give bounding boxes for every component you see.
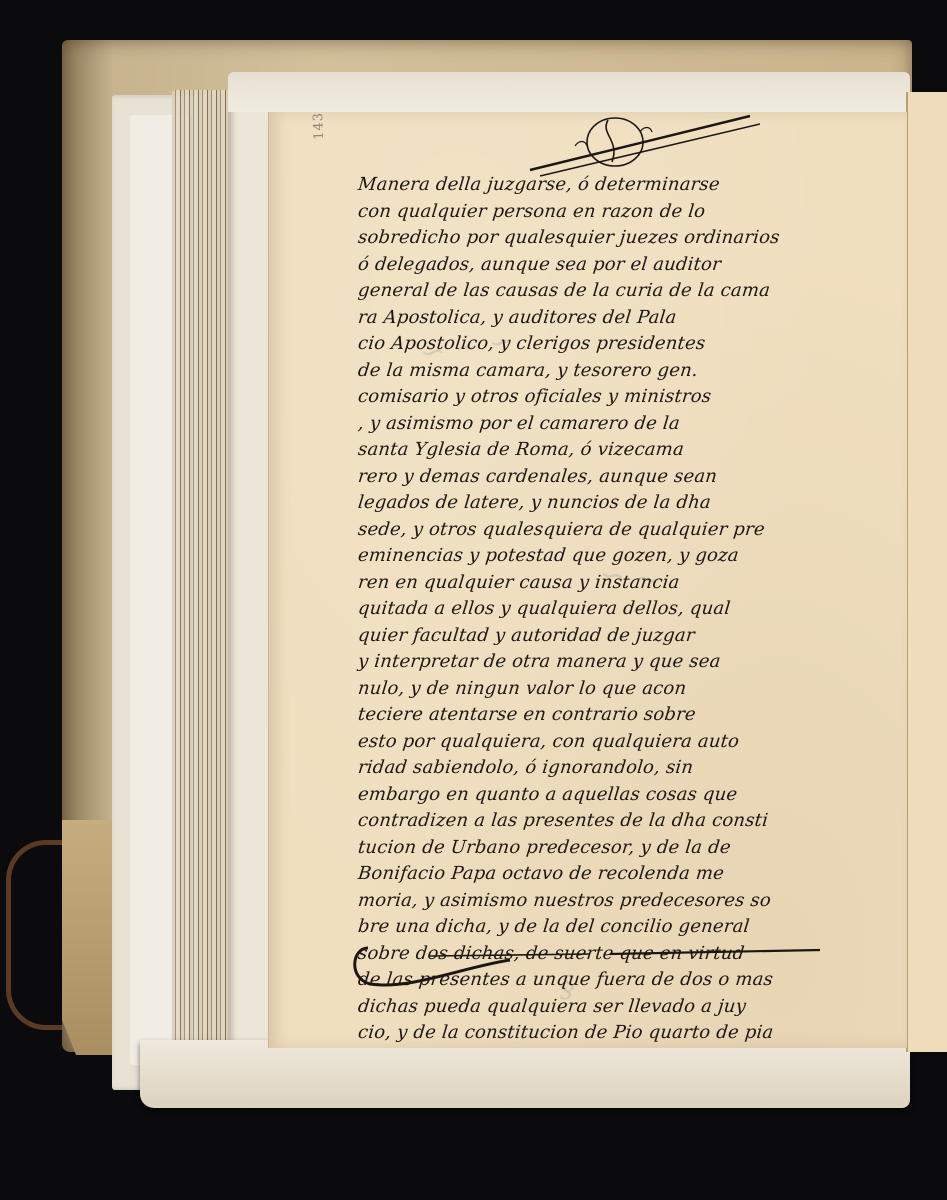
page-edge-stack	[172, 90, 232, 1100]
top-page-edges	[228, 72, 910, 112]
text-line: embargo en quanto a aquellas cosas que	[357, 782, 870, 809]
facing-page	[906, 92, 947, 1052]
text-line: Bonifacio Papa octavo de recolenda me	[357, 861, 870, 888]
text-line: moria, y asimismo nuestros predecesores …	[357, 888, 870, 915]
manuscript-photograph: ~ ∽ ~ ∽ ~ § 143 Manera della juzgarse, ó…	[0, 0, 947, 1200]
text-line: general de las causas de la curia de la …	[357, 278, 870, 305]
bottom-page-edges	[140, 1040, 910, 1108]
manuscript-text: Manera della juzgarse, ó determinarse co…	[358, 172, 868, 1047]
text-line: ó delegados, aunque sea por el auditor	[357, 252, 870, 279]
text-line: teciere atentarse en contrario sobre	[357, 702, 870, 729]
text-line: sobredicho por qualesquier juezes ordina…	[357, 225, 870, 252]
text-line: ren en qualquier causa y instancia	[357, 570, 870, 597]
text-line: comisario y otros oficiales y ministros	[357, 384, 870, 411]
text-line: bre una dicha, y de la del concilio gene…	[357, 914, 870, 941]
text-line: nulo, y de ningun valor lo que acon	[357, 676, 870, 703]
text-line: y interpretar de otra manera y que sea	[357, 649, 870, 676]
text-line: con qualquier persona en razon de lo	[357, 199, 870, 226]
text-line: cio, y de la constitucion de Pio quarto …	[357, 1020, 870, 1047]
text-line: eminencias y potestad que gozen, y goza	[357, 543, 870, 570]
text-line: esto por qualquiera, con qualquiera auto	[357, 729, 870, 756]
closing-flourish-icon	[350, 938, 850, 998]
text-line: , y asimismo por el camarero de la	[357, 411, 870, 438]
text-line: quier facultad y autoridad de juzgar	[357, 623, 870, 650]
text-line: contradizen a las presentes de la dha co…	[357, 808, 870, 835]
text-line: Manera della juzgarse, ó determinarse	[357, 172, 870, 199]
text-line: legados de latere, y nuncios de la dha	[357, 490, 870, 517]
text-line: quitada a ellos y qualquiera dellos, qua…	[357, 596, 870, 623]
folio-number: 143	[311, 112, 327, 140]
text-line: tucion de Urbano predecesor, y de la de	[357, 835, 870, 862]
text-line: ridad sabiendolo, ó ignorandolo, sin	[357, 755, 870, 782]
text-line: cio Apostolico, y clerigos presidentes	[357, 331, 870, 358]
text-line: rero y demas cardenales, aunque sean	[357, 464, 870, 491]
text-line: santa Yglesia de Roma, ó vizecama	[357, 437, 870, 464]
text-line: ra Apostolica, y auditores del Pala	[357, 305, 870, 332]
text-line: sede, y otros qualesquiera de qualquier …	[357, 517, 870, 544]
text-line: de la misma camara, y tesorero gen.	[357, 358, 870, 385]
